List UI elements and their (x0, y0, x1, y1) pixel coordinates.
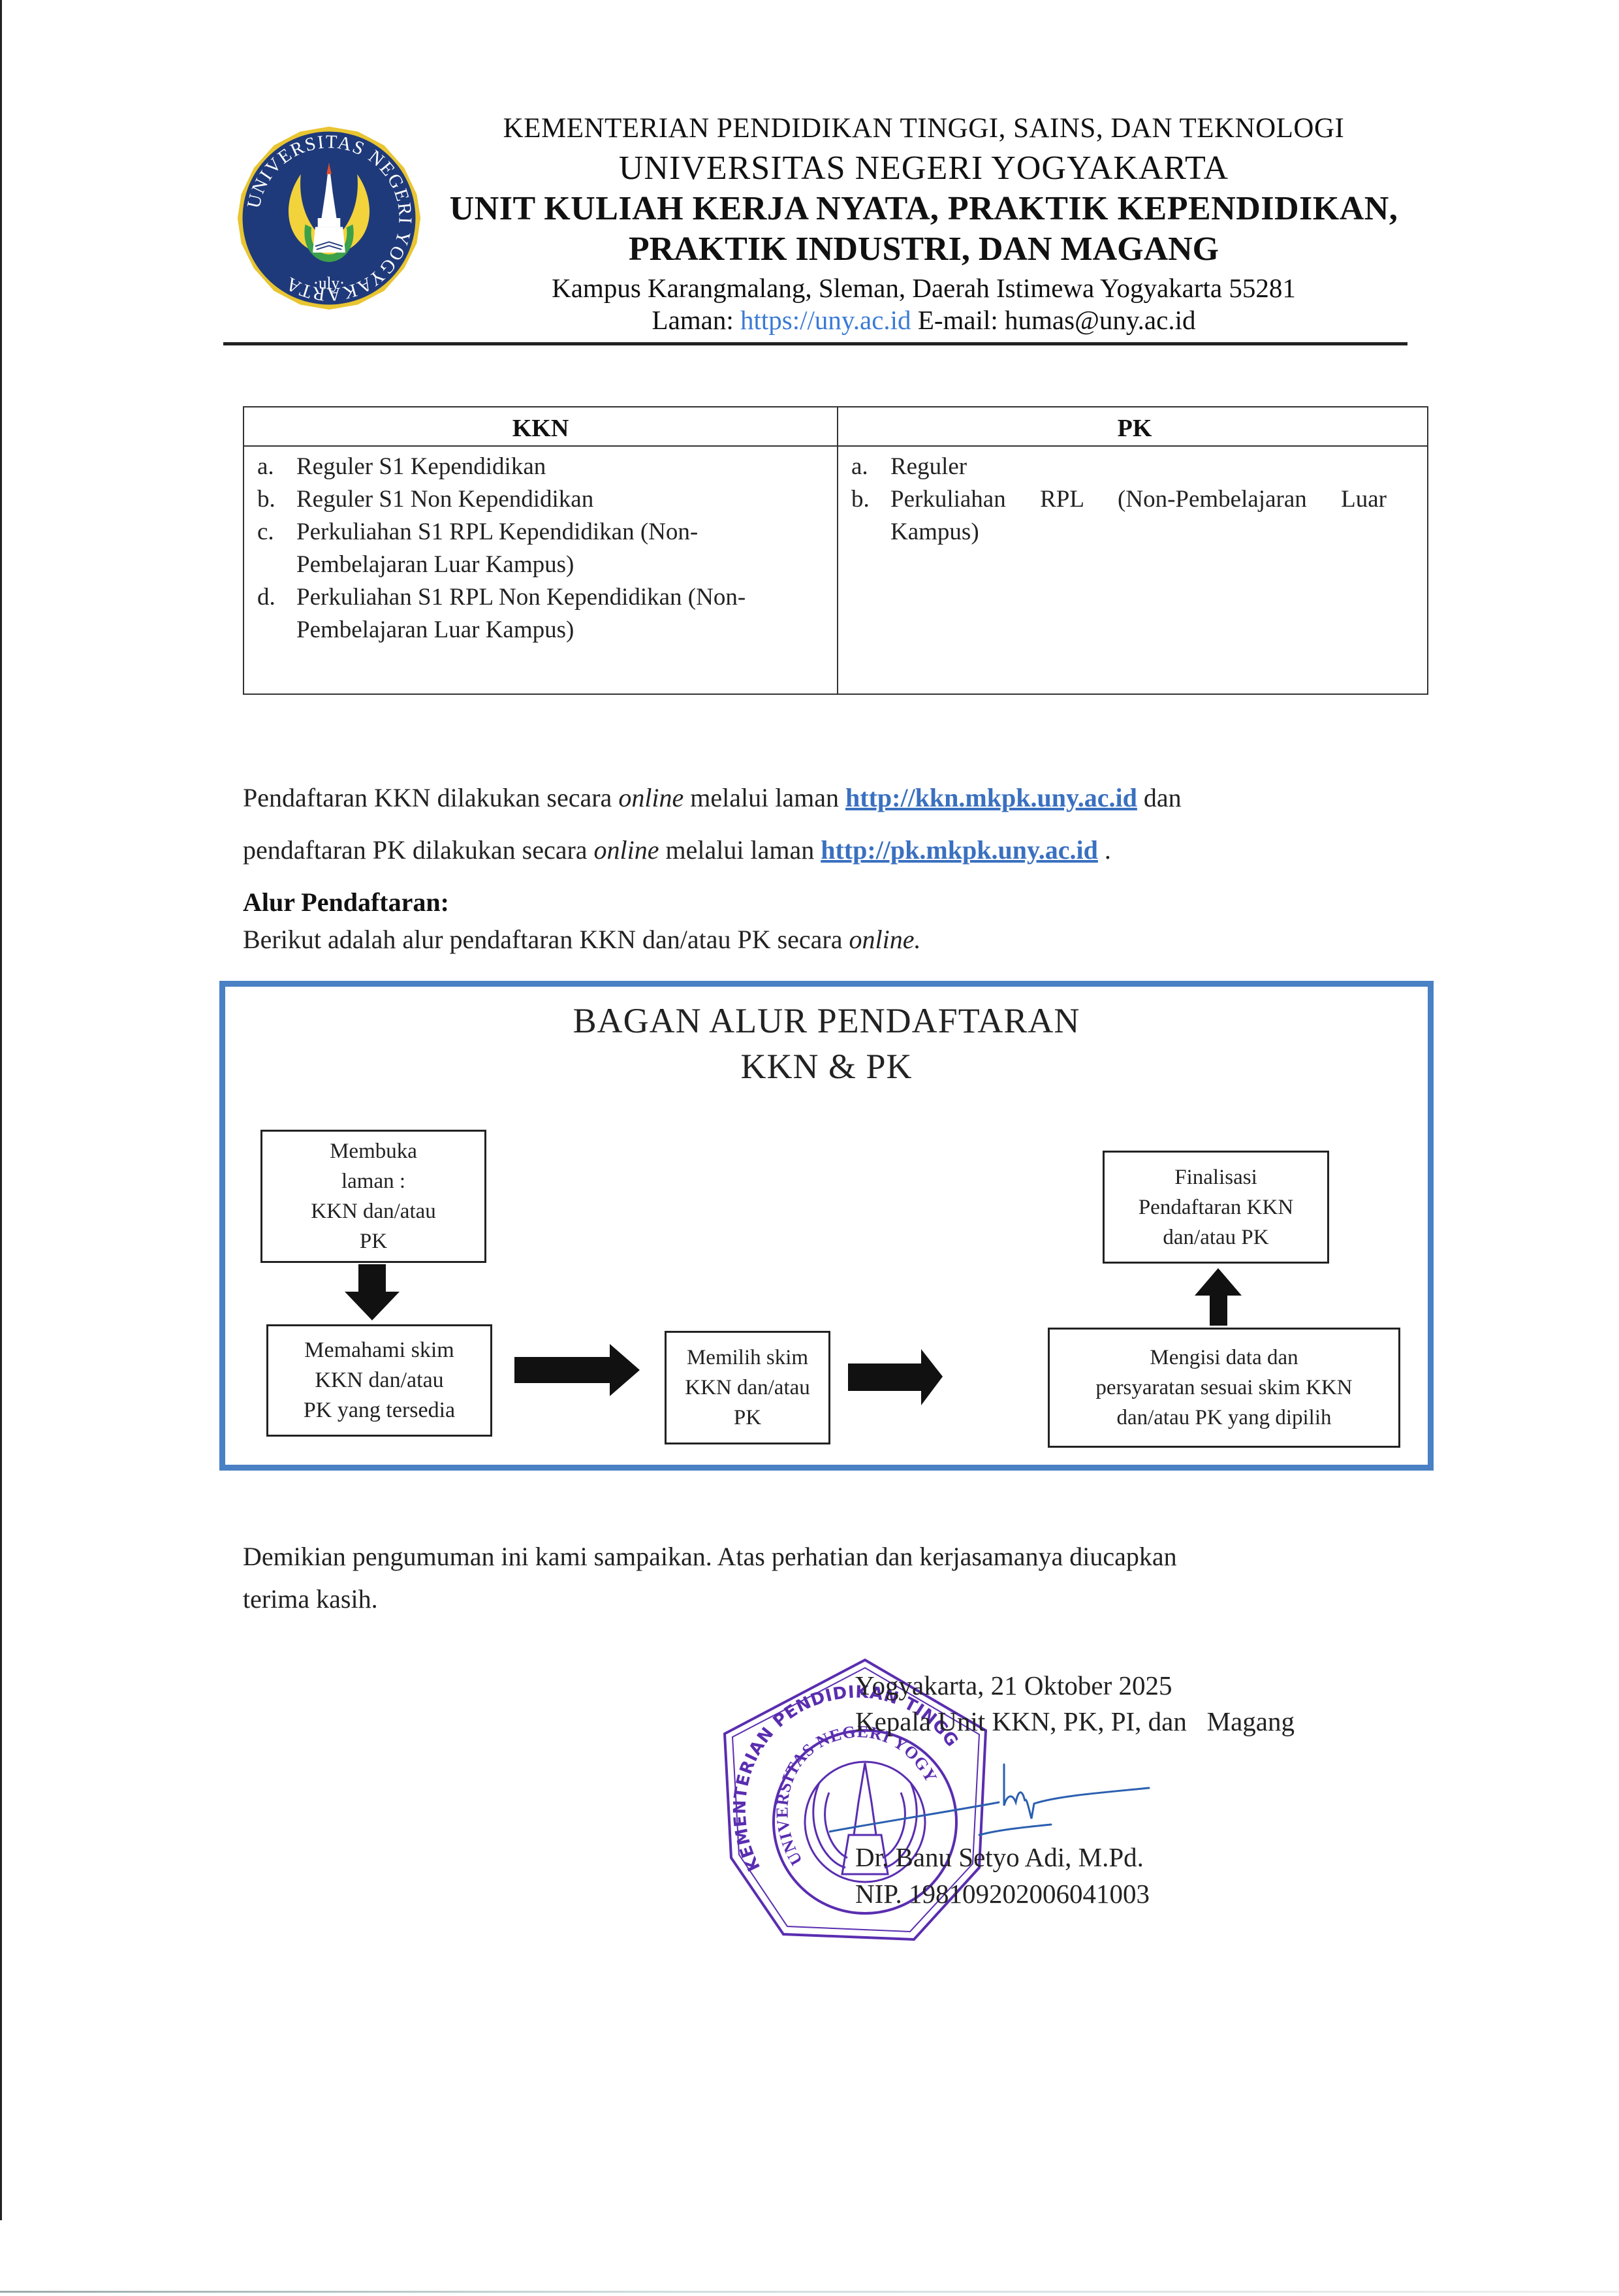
column-divider (837, 407, 838, 694)
list-item-text: Perkuliahan RPL (Non-Pembelajaran Luar K… (890, 483, 1387, 549)
flow-step-text: Membukalaman :KKN dan/atauPK (311, 1136, 436, 1256)
flow-step-line: Memilih skim (685, 1343, 810, 1373)
list-marker: a. (257, 451, 274, 483)
text: Berikut adalah alur pendaftaran KKN dan/… (243, 925, 849, 954)
header-divider (244, 445, 1427, 447)
contact-line: Laman: https://uny.ac.id E-mail: humas@u… (431, 304, 1417, 336)
text: melalui laman (684, 783, 845, 812)
header-pk: PK (838, 414, 1431, 443)
kkn-scheme-list: a.Reguler S1 Kependidikan b.Reguler S1 N… (257, 451, 825, 646)
flow-step-line: KKN dan/atau (311, 1196, 436, 1226)
pk-scheme-list: a.Reguler b.Perkuliahan RPL (Non-Pembela… (851, 451, 1387, 549)
flow-step-fill-data: Mengisi data danpersyaratan sesuai skim … (1048, 1328, 1400, 1448)
letterhead-divider (223, 342, 1407, 345)
flowchart-title: BAGAN ALUR PENDAFTARAN (219, 1000, 1434, 1041)
flow-step-choose-scheme: Memilih skimKKN dan/atauPK (665, 1331, 830, 1444)
university-seal-icon: UNIVERSITAS NEGERI YOGYAKARTA ·uly· (235, 124, 423, 312)
website-link[interactable]: https://uny.ac.id (740, 305, 911, 335)
list-marker: d. (257, 581, 275, 614)
flow-section-intro: Berikut adalah alur pendaftaran KKN dan/… (243, 924, 920, 955)
signatory-role: Kepala Unit KKN, PK, PI, dan Magang (855, 1706, 1295, 1737)
closing-line-2: terima kasih. (243, 1584, 378, 1614)
email-label: E-mail: (918, 305, 998, 335)
list-marker: b. (257, 483, 275, 516)
list-item: a.Reguler S1 Kependidikan (257, 451, 825, 483)
text: melalui laman (659, 835, 821, 865)
flow-step-text: Mengisi data danpersyaratan sesuai skim … (1095, 1343, 1352, 1433)
list-item: a.Reguler (851, 451, 1387, 483)
list-item-text: Perkuliahan S1 RPL Non Kependidikan (Non… (296, 584, 746, 643)
header-kkn: KKN (244, 414, 837, 443)
list-item-text: Reguler S1 Non Kependidikan (296, 486, 593, 513)
flow-step-line: Mengisi data dan (1095, 1343, 1352, 1373)
list-item: c.Perkuliahan S1 RPL Kependidikan (Non-P… (257, 516, 825, 581)
flow-step-line: Finalisasi (1139, 1162, 1293, 1192)
list-marker: c. (257, 516, 274, 549)
flow-step-text: Memahami skimKKN dan/atauPK yang tersedi… (304, 1335, 455, 1426)
list-item-text: Perkuliahan S1 RPL Kependidikan (Non-Pem… (296, 518, 698, 578)
text: Pendaftaran KKN dilakukan secara (243, 783, 618, 812)
list-marker: b. (851, 483, 870, 516)
flow-step-line: Pendaftaran KKN (1139, 1192, 1293, 1222)
flow-step-line: PK (685, 1403, 810, 1433)
registration-kkn-paragraph: Pendaftaran KKN dilakukan secara online … (243, 782, 1182, 813)
flow-section-heading: Alur Pendaftaran: (243, 887, 449, 917)
list-item-text: Reguler (890, 451, 1387, 483)
text-italic: online. (849, 925, 921, 954)
flow-step-line: PK (311, 1226, 436, 1256)
list-item-text: Reguler S1 Kependidikan (296, 453, 546, 480)
closing-line-1: Demikian pengumuman ini kami sampaikan. … (243, 1541, 1177, 1572)
unit-name-line2: PRAKTIK INDUSTRI, DAN MAGANG (431, 230, 1417, 268)
registration-pk-paragraph: pendaftaran PK dilakukan secara online m… (243, 835, 1111, 865)
flow-step-understand-schemes: Memahami skimKKN dan/atauPK yang tersedi… (266, 1324, 492, 1437)
website-label: Laman: (652, 305, 734, 335)
ministry-name: KEMENTERIAN PENDIDIKAN TINGGI, SAINS, DA… (431, 112, 1417, 144)
signatory-nip: NIP. 198109202006041003 (855, 1878, 1150, 1909)
list-marker: a. (851, 451, 868, 483)
text: pendaftaran PK dilakukan secara (243, 835, 594, 865)
text-italic: online (594, 835, 659, 865)
flow-step-open-website: Membukalaman :KKN dan/atauPK (260, 1130, 486, 1263)
text: . (1098, 835, 1111, 865)
kkn-registration-link[interactable]: http://kkn.mkpk.uny.ac.id (845, 783, 1137, 812)
list-item: b.Reguler S1 Non Kependidikan (257, 483, 825, 516)
svg-text:·uly·: ·uly· (313, 275, 345, 293)
signatory-name: Dr. Banu Setyo Adi, M.Pd. (855, 1842, 1144, 1873)
flow-step-line: KKN dan/atau (685, 1373, 810, 1403)
flow-step-text: Memilih skimKKN dan/atauPK (685, 1343, 810, 1433)
list-item: d.Perkuliahan S1 RPL Non Kependidikan (N… (257, 581, 825, 646)
handwritten-signature-icon (829, 1757, 1155, 1842)
address: Kampus Karangmalang, Sleman, Daerah Isti… (431, 272, 1417, 304)
flow-step-line: Memahami skim (304, 1335, 455, 1365)
text: dan (1137, 783, 1182, 812)
scan-edge (0, 0, 2, 2220)
flow-step-text: FinalisasiPendaftaran KKNdan/atau PK (1139, 1162, 1293, 1252)
schemes-table: KKN PK a.Reguler S1 Kependidikan b.Regul… (243, 406, 1428, 695)
email-address: humas@uny.ac.id (1005, 305, 1195, 335)
list-item: b.Perkuliahan RPL (Non-Pembelajaran Luar… (851, 483, 1387, 549)
flow-step-line: Membuka (311, 1136, 436, 1166)
flow-step-line: dan/atau PK yang dipilih (1095, 1403, 1352, 1433)
flow-step-line: persyaratan sesuai skim KKN (1095, 1373, 1352, 1403)
flow-step-line: dan/atau PK (1139, 1222, 1293, 1252)
flow-step-line: PK yang tersedia (304, 1395, 455, 1426)
unit-name-line1: UNIT KULIAH KERJA NYATA, PRAKTIK KEPENDI… (431, 189, 1417, 228)
scan-bottom-edge (0, 2291, 1619, 2293)
signature-place-date: Yogyakarta, 21 Oktober 2025 (855, 1670, 1172, 1701)
flowchart-subtitle: KKN & PK (219, 1046, 1434, 1087)
flow-step-line: laman : (311, 1166, 436, 1196)
pk-registration-link[interactable]: http://pk.mkpk.uny.ac.id (821, 835, 1098, 865)
flow-step-finalize: FinalisasiPendaftaran KKNdan/atau PK (1103, 1151, 1329, 1264)
university-name: UNIVERSITAS NEGERI YOGYAKARTA (431, 149, 1417, 187)
flow-step-line: KKN dan/atau (304, 1365, 455, 1395)
text-italic: online (618, 783, 684, 812)
